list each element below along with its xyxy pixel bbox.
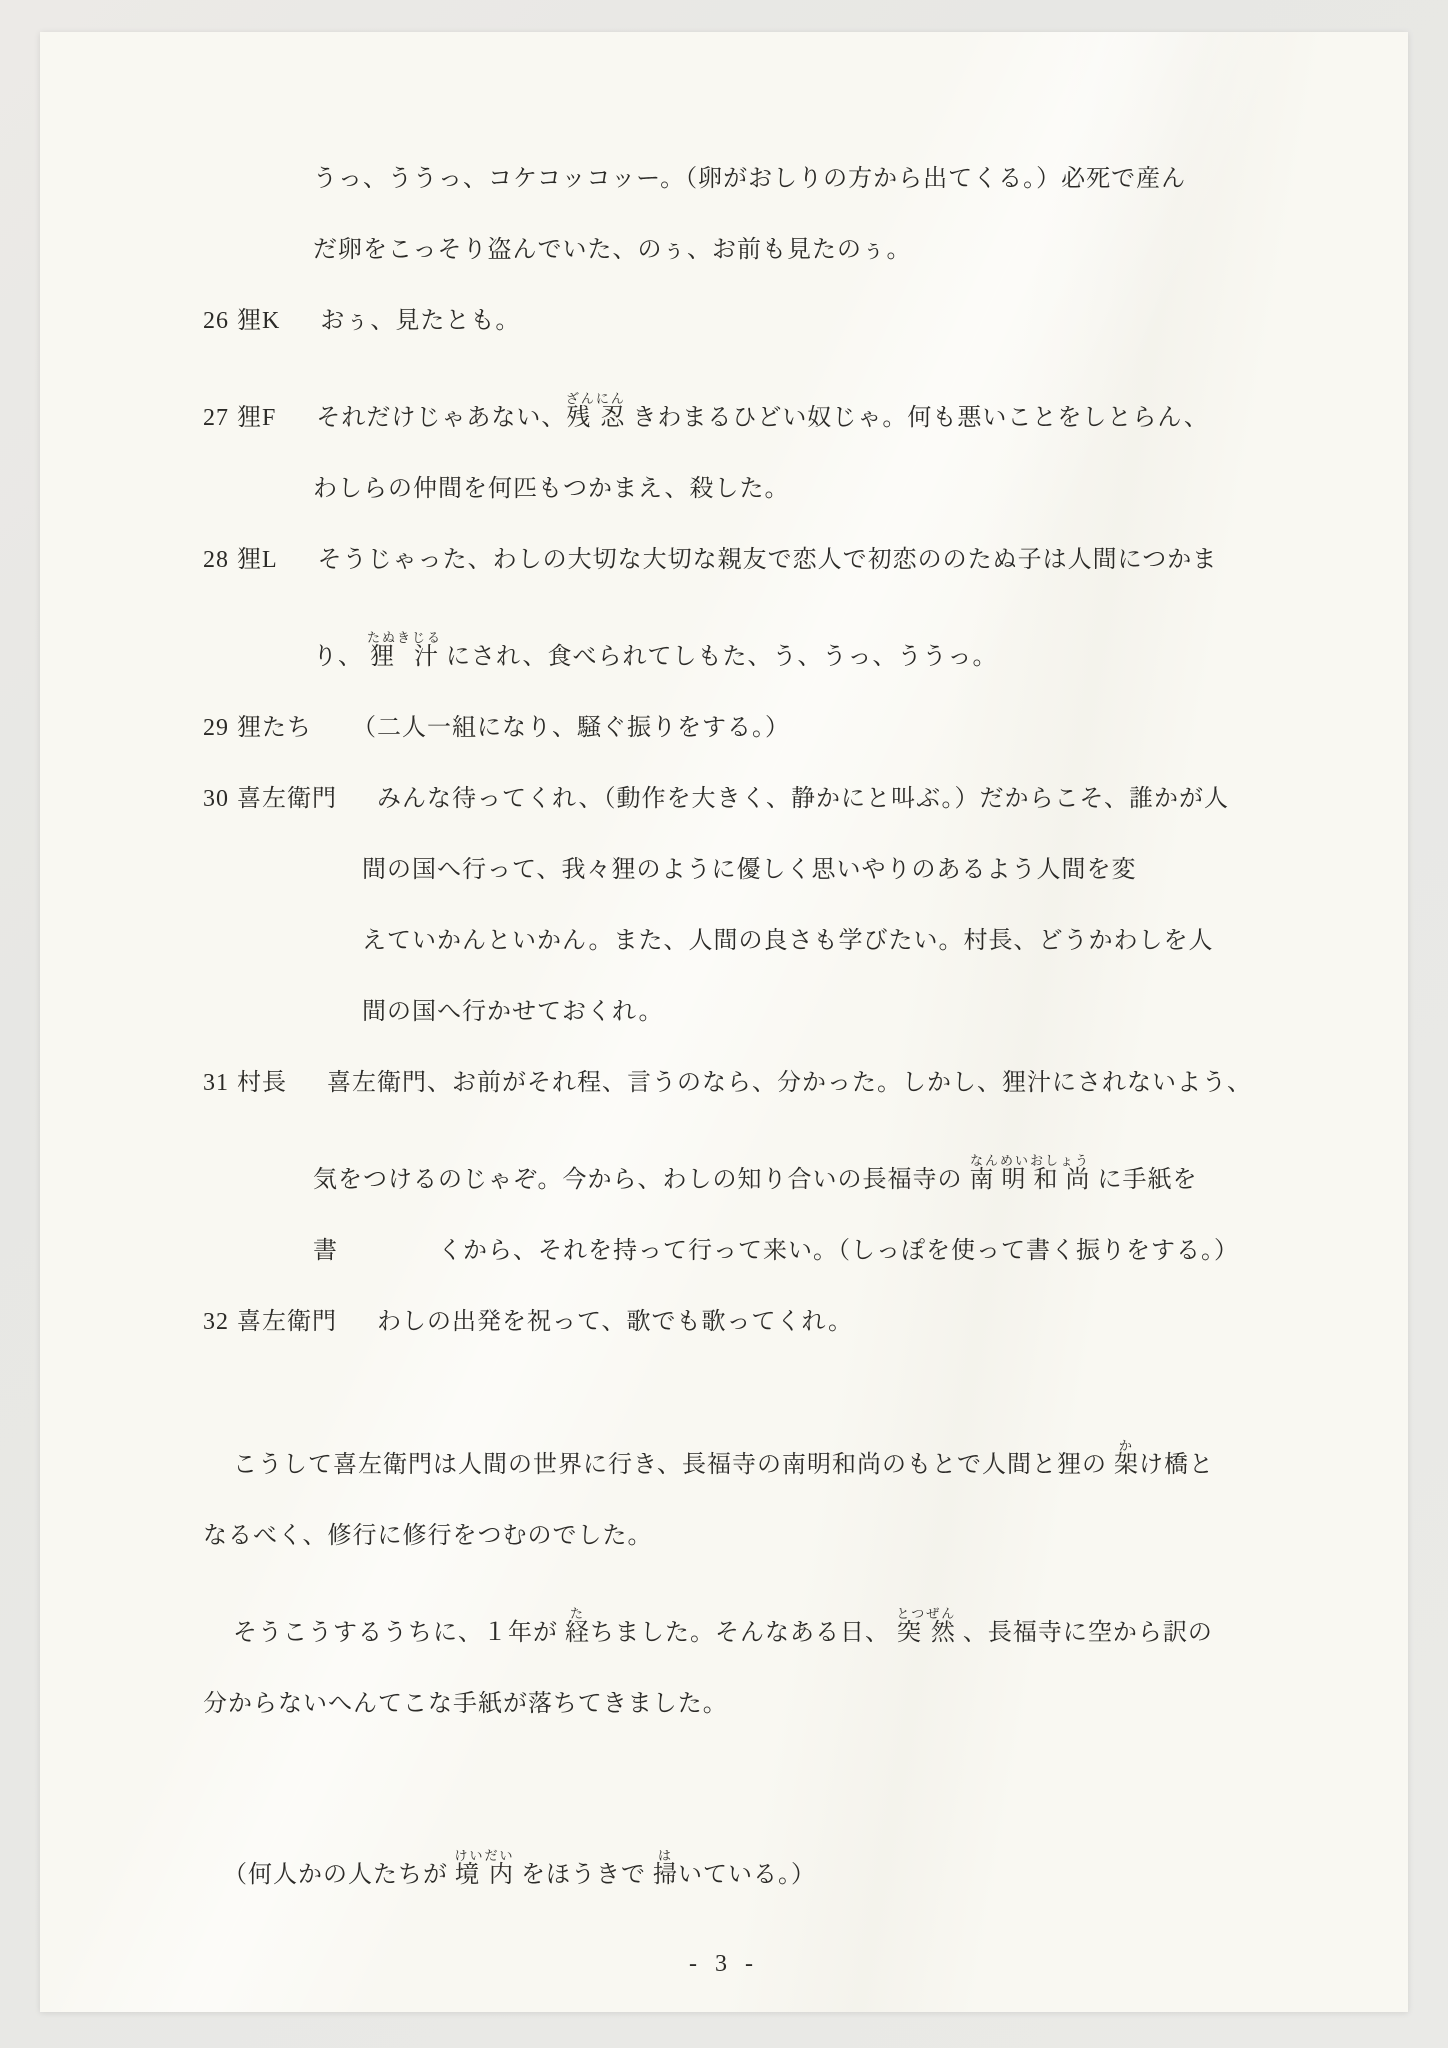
text-run: きわまるひどい奴じゃ。何も悪いことをしとらん、 (625, 405, 1208, 431)
ruby-annotated-word: 狸 汁たぬきじる (370, 644, 439, 670)
text-run: こうして喜左衛門は人間の世界に行き、長福寺の南明和尚のもとで人間と狸の (233, 1452, 1114, 1478)
text-line: こうして喜左衛門は人間の世界に行き、長福寺の南明和尚のもとで人間と狸の 架かけ橋… (40, 1430, 1408, 1501)
speaker-label: 30喜左衛門 (203, 786, 337, 812)
text-run: うっ、ううっ、コケコッコッー。（卵がおしりの方から出てくる。）必死で産ん (313, 166, 1186, 192)
speaker-name: 狸たち (237, 715, 312, 741)
speaker-number: 29 (203, 715, 229, 741)
text-run: だ卵をこっそり盗んでいた、のぅ、お前も見たのぅ。 (313, 237, 912, 263)
text-run: ちました。そんなある日、 (590, 1620, 897, 1646)
text-run: そうこうするうちに、１年が (233, 1620, 565, 1646)
text-line: り、 狸 汁たぬきじる にされ、食べられてしもた、う、うっ、ううっ。 (40, 622, 1408, 693)
speaker-label: 27狸F (203, 405, 276, 431)
text-run: わしらの仲間を何匹もつかまえ、殺した。 (313, 476, 789, 502)
script-body: うっ、ううっ、コケコッコッー。（卵がおしりの方から出てくる。）必死で産んだ卵をこ… (40, 144, 1408, 1911)
text-run: 気をつけるのじゃぞ。今から、わしの知り合いの長福寺の (313, 1167, 970, 1193)
text-line: えていかんといかん。また、人間の良さも学びたい。村長、どうかわしを人 (40, 906, 1408, 977)
text-line: （何人かの人たちが 境 内けいだい をほうきで 掃はいている。） (40, 1840, 1408, 1911)
speaker-number: 30 (203, 786, 229, 812)
text-line: なるべく、修行に修行をつむのでした。 (40, 1501, 1408, 1572)
text-line: 分からないへんてこな手紙が落ちてきました。 (40, 1669, 1408, 1740)
ruby-annotated-word: 突 然とつぜん (897, 1620, 956, 1646)
furigana-text: とつぜん (897, 1606, 957, 1621)
text-run: 間の国へ行って、我々狸のように優しく思いやりのあるよう人間を変 (362, 857, 1137, 883)
speaker-number: 31 (203, 1070, 229, 1096)
text-line: 間の国へ行かせておくれ。 (40, 977, 1408, 1048)
text-line: 31村長喜左衛門、お前がそれ程、言うのなら、分かった。しかし、狸汁にされないよう… (40, 1048, 1408, 1119)
speaker-label: 28狸L (203, 547, 278, 573)
text-line: うっ、ううっ、コケコッコッー。（卵がおしりの方から出てくる。）必死で産ん (40, 144, 1408, 215)
text-run: みんな待ってくれ、（動作を大きく、静かにと叫ぶ。）だからこそ、誰かが人 (377, 786, 1229, 812)
ruby-annotated-word: 境 内けいだい (455, 1862, 514, 1888)
text-run: 、長福寺に空から訳の (956, 1620, 1213, 1646)
furigana-text: は (653, 1848, 678, 1863)
page-number: - 3 - (40, 1951, 1408, 1978)
text-run: け橋と (1139, 1452, 1214, 1478)
speaker-name: 狸F (237, 405, 276, 431)
text-line: 28狸Lそうじゃった、わしの大切な大切な親友で恋人で初恋ののたぬ子は人間につかま (40, 525, 1408, 596)
text-line: 書くから、それを持って行って来い。（しっぽを使って書く振りをする。） (40, 1216, 1408, 1287)
text-run: にされ、食べられてしもた、う、うっ、ううっ。 (439, 644, 997, 670)
text-run: （二人一組になり、騒ぐ振りをする。） (352, 715, 790, 741)
text-line: 30喜左衛門みんな待ってくれ、（動作を大きく、静かにと叫ぶ。）だからこそ、誰かが… (40, 764, 1408, 835)
text-line: 26狸Kおぅ、見たとも。 (40, 286, 1408, 357)
text-run: えていかんといかん。また、人間の良さも学びたい。村長、どうかわしを人 (362, 928, 1213, 954)
text-line: そうこうするうちに、１年が 経たちました。そんなある日、 突 然とつぜん 、長福… (40, 1598, 1408, 1669)
speaker-number: 28 (203, 547, 229, 573)
text-run: なるべく、修行に修行をつむのでした。 (203, 1523, 653, 1549)
furigana-text: なんめいおしょう (970, 1153, 1091, 1168)
ruby-annotated-word: 南 明 和 尚なんめいおしょう (970, 1167, 1091, 1193)
text-line: だ卵をこっそり盗んでいた、のぅ、お前も見たのぅ。 (40, 215, 1408, 286)
text-run: くから、それを持って行って来い。（しっぽを使って書く振りをする。） (438, 1238, 1239, 1264)
text-run: り、 (313, 644, 370, 670)
text-line: 32喜左衛門わしの出発を祝って、歌でも歌ってくれ。 (40, 1287, 1408, 1358)
text-line: 27狸Fそれだけじゃあない、残 忍ざんにん きわまるひどい奴じゃ。何も悪いことを… (40, 383, 1408, 454)
text-run: それだけじゃあない、 (316, 405, 566, 431)
text-line: 29狸たち（二人一組になり、騒ぐ振りをする。） (40, 693, 1408, 764)
speaker-name: 喜左衛門 (237, 786, 337, 812)
text-run: をほうきで (514, 1862, 653, 1888)
speaker-number: 27 (203, 405, 229, 431)
speaker-name: 狸L (237, 547, 278, 573)
furigana-text: ざんにん (566, 391, 626, 406)
text-run: （何人かの人たちが (223, 1862, 455, 1888)
ruby-annotated-word: 掃は (653, 1862, 678, 1888)
text-run: わしの出発を祝って、歌でも歌ってくれ。 (377, 1309, 853, 1335)
speaker-number: 26 (203, 308, 229, 334)
text-run: そうじゃった、わしの大切な大切な親友で恋人で初恋ののたぬ子は人間につかま (318, 547, 1218, 573)
speaker-name: 狸K (237, 308, 280, 334)
ruby-annotated-word: 残 忍ざんにん (566, 405, 625, 431)
text-run: おぅ、見たとも。 (320, 308, 520, 334)
speaker-label: 29狸たち (203, 715, 312, 741)
text-run: に手紙を (1091, 1167, 1198, 1193)
speaker-label: 26狸K (203, 308, 280, 334)
furigana-text: た (565, 1606, 590, 1621)
ruby-annotated-word: 経た (565, 1620, 590, 1646)
scan-background: うっ、ううっ、コケコッコッー。（卵がおしりの方から出てくる。）必死で産んだ卵をこ… (0, 0, 1448, 2048)
text-run: 分からないへんてこな手紙が落ちてきました。 (203, 1691, 728, 1717)
furigana-text: か (1114, 1438, 1139, 1453)
text-line: 気をつけるのじゃぞ。今から、わしの知り合いの長福寺の 南 明 和 尚なんめいおし… (40, 1145, 1408, 1216)
document-page: うっ、ううっ、コケコッコッー。（卵がおしりの方から出てくる。）必死で産んだ卵をこ… (40, 32, 1408, 2012)
speaker-label: 32喜左衛門 (203, 1309, 337, 1335)
speaker-number: 32 (203, 1309, 229, 1335)
furigana-text: たぬきじる (367, 630, 442, 645)
text-run: 間の国へ行かせておくれ。 (362, 999, 663, 1025)
text-line: わしらの仲間を何匹もつかまえ、殺した。 (40, 454, 1408, 525)
speaker-name: 喜左衛門 (237, 1309, 337, 1335)
ruby-annotated-word: 架か (1114, 1452, 1139, 1478)
speaker-name: 村長 (237, 1070, 287, 1096)
text-run: 書 (313, 1238, 338, 1264)
text-line: 間の国へ行って、我々狸のように優しく思いやりのあるよう人間を変 (40, 835, 1408, 906)
furigana-text: けいだい (455, 1848, 515, 1863)
speaker-label: 31村長 (203, 1070, 287, 1096)
text-run: いている。） (678, 1862, 816, 1888)
text-run: 喜左衛門、お前がそれ程、言うのなら、分かった。しかし、狸汁にされないよう、 (327, 1070, 1252, 1096)
